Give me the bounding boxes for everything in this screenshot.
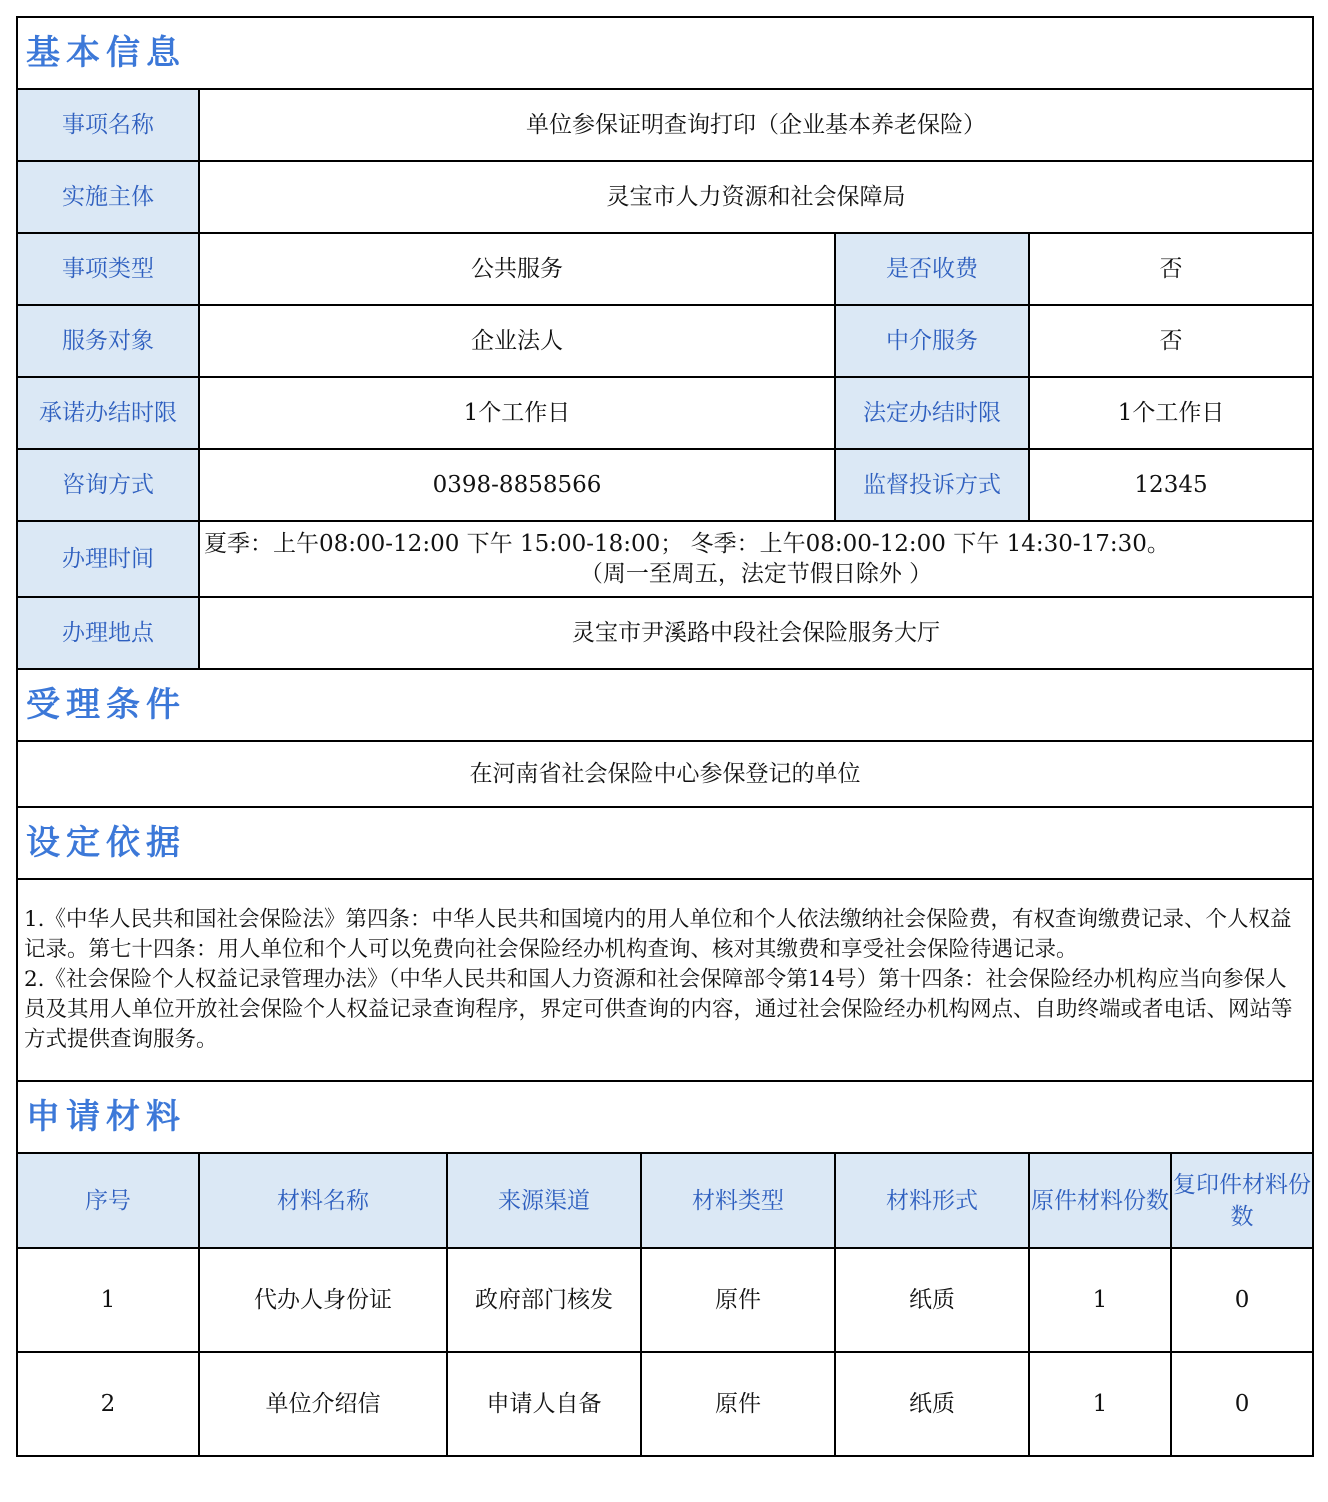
service-guide-sheet: 基本信息 事项名称 单位参保证明查询打印（企业基本养老保险） 实施主体 灵宝市人… xyxy=(16,16,1312,1457)
label-implementer: 实施主体 xyxy=(17,161,199,233)
col-header-material-name: 材料名称 xyxy=(199,1153,447,1248)
basis-paragraph-1: 1.《中华人民共和国社会保险法》第四条：中华人民共和国境内的用人单位和个人依法缴… xyxy=(24,905,1306,965)
label-promised-time: 承诺办结时限 xyxy=(17,377,199,449)
cell-index: 2 xyxy=(17,1352,199,1456)
row-implementer: 实施主体 灵宝市人力资源和社会保障局 xyxy=(17,161,1313,233)
label-item-name: 事项名称 xyxy=(17,89,199,161)
label-fee: 是否收费 xyxy=(835,233,1029,305)
row-location: 办理地点 灵宝市尹溪路中段社会保险服务大厅 xyxy=(17,597,1313,669)
row-contact: 咨询方式 0398-8858566 监督投诉方式 12345 xyxy=(17,449,1313,521)
service-guide-table: 基本信息 事项名称 单位参保证明查询打印（企业基本养老保险） 实施主体 灵宝市人… xyxy=(16,16,1314,1457)
value-conditions: 在河南省社会保险中心参保登记的单位 xyxy=(17,741,1313,807)
value-fee: 否 xyxy=(1029,233,1313,305)
label-complaint: 监督投诉方式 xyxy=(835,449,1029,521)
col-header-copy-count: 复印件材料份数 xyxy=(1171,1153,1313,1248)
cell-original-count: 1 xyxy=(1029,1248,1171,1352)
row-service-target: 服务对象 企业法人 中介服务 否 xyxy=(17,305,1313,377)
label-intermediary: 中介服务 xyxy=(835,305,1029,377)
value-hours: 夏季：上午08:00-12:00 下午 15:00-18:00； 冬季：上午08… xyxy=(199,521,1313,597)
cell-copy-count: 0 xyxy=(1171,1352,1313,1456)
label-legal-time: 法定办结时限 xyxy=(835,377,1029,449)
section-heading-conditions: 受理条件 xyxy=(17,669,1313,741)
value-intermediary: 否 xyxy=(1029,305,1313,377)
section-heading-basic-info: 基本信息 xyxy=(17,17,1313,89)
row-conditions: 在河南省社会保险中心参保登记的单位 xyxy=(17,741,1313,807)
basis-text: 1.《中华人民共和国社会保险法》第四条：中华人民共和国境内的用人单位和个人依法缴… xyxy=(17,879,1313,1081)
row-item-name: 事项名称 单位参保证明查询打印（企业基本养老保险） xyxy=(17,89,1313,161)
value-item-name: 单位参保证明查询打印（企业基本养老保险） xyxy=(199,89,1313,161)
value-promised-time: 1个工作日 xyxy=(199,377,835,449)
cell-material-name: 代办人身份证 xyxy=(199,1248,447,1352)
value-item-type: 公共服务 xyxy=(199,233,835,305)
table-row: 1 代办人身份证 政府部门核发 原件 纸质 1 0 xyxy=(17,1248,1313,1352)
section-heading-basis: 设定依据 xyxy=(17,807,1313,879)
cell-source: 申请人自备 xyxy=(447,1352,641,1456)
row-time-limit: 承诺办结时限 1个工作日 法定办结时限 1个工作日 xyxy=(17,377,1313,449)
value-complaint-phone: 12345 xyxy=(1029,449,1313,521)
value-consult-phone: 0398-8858566 xyxy=(199,449,835,521)
row-item-type: 事项类型 公共服务 是否收费 否 xyxy=(17,233,1313,305)
col-header-original-count: 原件材料份数 xyxy=(1029,1153,1171,1248)
col-header-material-type: 材料类型 xyxy=(641,1153,835,1248)
cell-material-name: 单位介绍信 xyxy=(199,1352,447,1456)
table-row: 2 单位介绍信 申请人自备 原件 纸质 1 0 xyxy=(17,1352,1313,1456)
cell-index: 1 xyxy=(17,1248,199,1352)
cell-material-type: 原件 xyxy=(641,1352,835,1456)
row-hours: 办理时间 夏季：上午08:00-12:00 下午 15:00-18:00； 冬季… xyxy=(17,521,1313,597)
value-location: 灵宝市尹溪路中段社会保险服务大厅 xyxy=(199,597,1313,669)
cell-material-form: 纸质 xyxy=(835,1248,1029,1352)
cell-material-type: 原件 xyxy=(641,1248,835,1352)
label-item-type: 事项类型 xyxy=(17,233,199,305)
label-location: 办理地点 xyxy=(17,597,199,669)
label-consult: 咨询方式 xyxy=(17,449,199,521)
cell-source: 政府部门核发 xyxy=(447,1248,641,1352)
value-service-target: 企业法人 xyxy=(199,305,835,377)
label-hours: 办理时间 xyxy=(17,521,199,597)
section-heading-materials: 申请材料 xyxy=(17,1081,1313,1153)
row-basis: 1.《中华人民共和国社会保险法》第四条：中华人民共和国境内的用人单位和个人依法缴… xyxy=(17,879,1313,1081)
col-header-index: 序号 xyxy=(17,1153,199,1248)
col-header-material-form: 材料形式 xyxy=(835,1153,1029,1248)
basis-paragraph-2: 2.《社会保险个人权益记录管理办法》（中华人民共和国人力资源和社会保障部令第14… xyxy=(24,965,1306,1055)
label-service-target: 服务对象 xyxy=(17,305,199,377)
materials-header-row: 序号 材料名称 来源渠道 材料类型 材料形式 原件材料份数 复印件材料份数 xyxy=(17,1153,1313,1248)
cell-original-count: 1 xyxy=(1029,1352,1171,1456)
hours-line-2: （周一至周五，法定节假日除外 ） xyxy=(204,559,1308,589)
col-header-source: 来源渠道 xyxy=(447,1153,641,1248)
value-legal-time: 1个工作日 xyxy=(1029,377,1313,449)
value-implementer: 灵宝市人力资源和社会保障局 xyxy=(199,161,1313,233)
cell-material-form: 纸质 xyxy=(835,1352,1029,1456)
hours-line-1: 夏季：上午08:00-12:00 下午 15:00-18:00； 冬季：上午08… xyxy=(204,529,1308,559)
cell-copy-count: 0 xyxy=(1171,1248,1313,1352)
